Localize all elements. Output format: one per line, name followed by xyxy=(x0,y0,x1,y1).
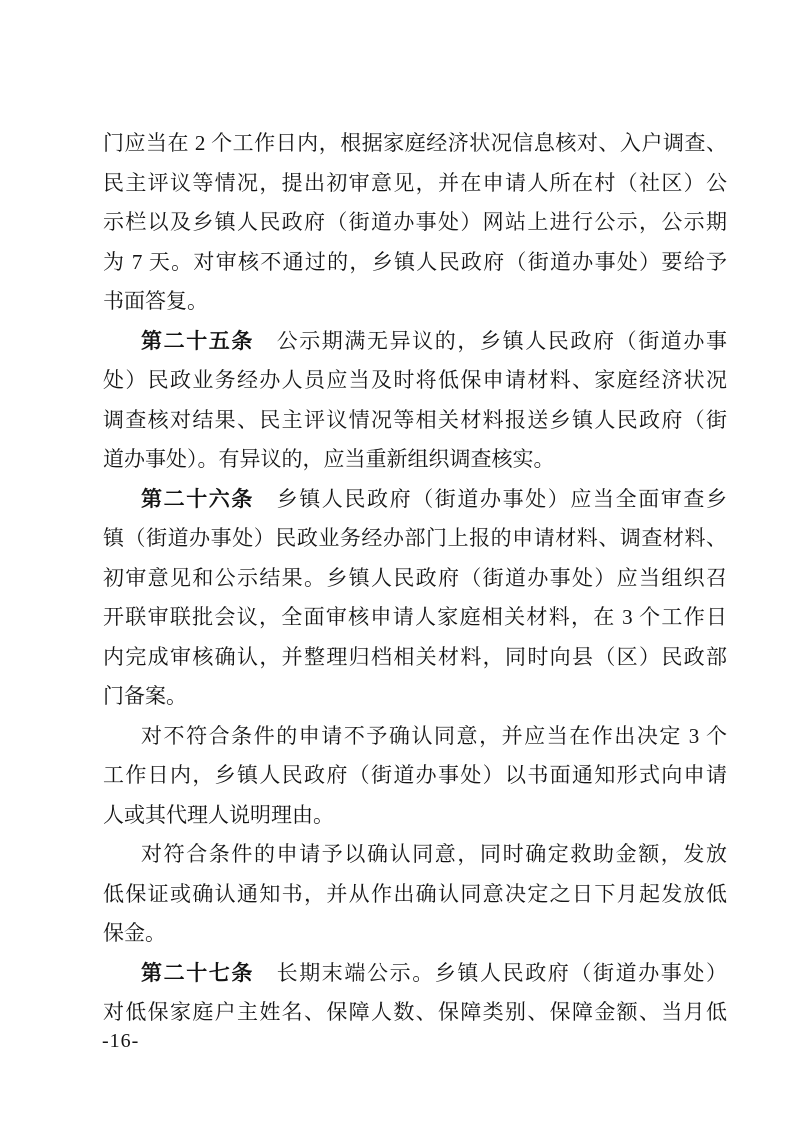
body-line: 内完成审核确认，并整理归档相关材料，同时向县（区）民政部 xyxy=(103,638,727,678)
article-number: 第二十七条 xyxy=(141,962,254,985)
line-text: 人或其代理人说明理由。 xyxy=(103,803,334,827)
line-text: 内完成审核确认，并整理归档相关材料，同时向县（区）民政部 xyxy=(103,645,727,669)
line-text: 门备案。 xyxy=(103,684,187,708)
document-page: 门应当在 2 个工作日内，根据家庭经济状况信息核对、入户调查、 民主评议等情况，… xyxy=(0,0,793,1122)
body-line: 对不符合条件的申请不予确认同意，并应当在作出决定 3 个 xyxy=(103,717,727,757)
body-line: 第二十六条 乡镇人民政府（街道办事处）应当全面审查乡 xyxy=(103,480,727,520)
line-text: 道办事处）。有异议的，应当重新组织调查核实。 xyxy=(103,447,555,471)
article-number: 第二十六条 xyxy=(141,488,254,511)
line-text: 门应当在 2 个工作日内，根据家庭经济状况信息核对、入户调查、 xyxy=(103,131,727,155)
line-text: 书面答复。 xyxy=(103,289,208,313)
line-text: 对低保家庭户主姓名、保障人数、保障类别、保障金额、当月低 xyxy=(103,1000,727,1024)
line-text: 示栏以及乡镇人民政府（街道办事处）网站上进行公示，公示期 xyxy=(103,210,727,234)
line-text: 开联审联批会议，全面审核申请人家庭相关材料，在 3 个工作日 xyxy=(103,605,727,629)
line-text: 保金。 xyxy=(103,921,166,945)
line-text: 对符合条件的申请予以确认同意，同时确定救助金额，发放 xyxy=(141,842,727,866)
line-text: 乡镇人民政府（街道办事处）应当全面审查乡 xyxy=(254,487,727,511)
body-line: 处）民政业务经办人员应当及时将低保申请材料、家庭经济状况 xyxy=(103,361,727,401)
body-line: 门应当在 2 个工作日内，根据家庭经济状况信息核对、入户调查、 xyxy=(103,124,727,164)
body-line: 调查核对结果、民主评议情况等相关材料报送乡镇人民政府（街 xyxy=(103,401,727,441)
body-line: 人或其代理人说明理由。 xyxy=(103,796,727,836)
line-text: 工作日内，乡镇人民政府（街道办事处）以书面通知形式向申请 xyxy=(103,763,727,787)
document-body: 门应当在 2 个工作日内，根据家庭经济状况信息核对、入户调查、 民主评议等情况，… xyxy=(103,124,727,1033)
line-text: 长期末端公示。乡镇人民政府（街道办事处） xyxy=(254,961,727,985)
body-line: 对低保家庭户主姓名、保障人数、保障类别、保障金额、当月低 xyxy=(103,993,727,1033)
line-text: 为 7 天。对审核不通过的，乡镇人民政府（街道办事处）要给予 xyxy=(103,250,727,274)
body-line: 书面答复。 xyxy=(103,282,727,322)
body-line: 第二十七条 长期末端公示。乡镇人民政府（街道办事处） xyxy=(103,954,727,994)
body-line: 初审意见和公示结果。乡镇人民政府（街道办事处）应当组织召 xyxy=(103,559,727,599)
body-line: 门备案。 xyxy=(103,677,727,717)
page-number: -16- xyxy=(102,1029,139,1053)
line-text: 对不符合条件的申请不予确认同意，并应当在作出决定 3 个 xyxy=(141,724,727,748)
body-line: 第二十五条 公示期满无异议的，乡镇人民政府（街道办事 xyxy=(103,322,727,362)
line-text: 初审意见和公示结果。乡镇人民政府（街道办事处）应当组织召 xyxy=(103,566,727,590)
line-text: 民主评议等情况，提出初审意见，并在申请人所在村（社区）公 xyxy=(103,171,727,195)
line-text: 公示期满无异议的，乡镇人民政府（街道办事 xyxy=(254,329,727,353)
article-number: 第二十五条 xyxy=(141,330,254,353)
body-line: 民主评议等情况，提出初审意见，并在申请人所在村（社区）公 xyxy=(103,164,727,204)
body-line: 工作日内，乡镇人民政府（街道办事处）以书面通知形式向申请 xyxy=(103,756,727,796)
line-text: 调查核对结果、民主评议情况等相关材料报送乡镇人民政府（街 xyxy=(103,408,727,432)
body-line: 对符合条件的申请予以确认同意，同时确定救助金额，发放 xyxy=(103,835,727,875)
body-line: 道办事处）。有异议的，应当重新组织调查核实。 xyxy=(103,440,727,480)
line-text: 处）民政业务经办人员应当及时将低保申请材料、家庭经济状况 xyxy=(103,368,727,392)
body-line: 示栏以及乡镇人民政府（街道办事处）网站上进行公示，公示期 xyxy=(103,203,727,243)
line-text: 低保证或确认通知书，并从作出确认同意决定之日下月起发放低 xyxy=(103,882,727,906)
body-line: 镇（街道办事处）民政业务经办部门上报的申请材料、调查材料、 xyxy=(103,519,727,559)
body-line: 开联审联批会议，全面审核申请人家庭相关材料，在 3 个工作日 xyxy=(103,598,727,638)
body-line: 为 7 天。对审核不通过的，乡镇人民政府（街道办事处）要给予 xyxy=(103,243,727,283)
body-line: 保金。 xyxy=(103,914,727,954)
line-text: 镇（街道办事处）民政业务经办部门上报的申请材料、调查材料、 xyxy=(103,526,727,550)
body-line: 低保证或确认通知书，并从作出确认同意决定之日下月起发放低 xyxy=(103,875,727,915)
